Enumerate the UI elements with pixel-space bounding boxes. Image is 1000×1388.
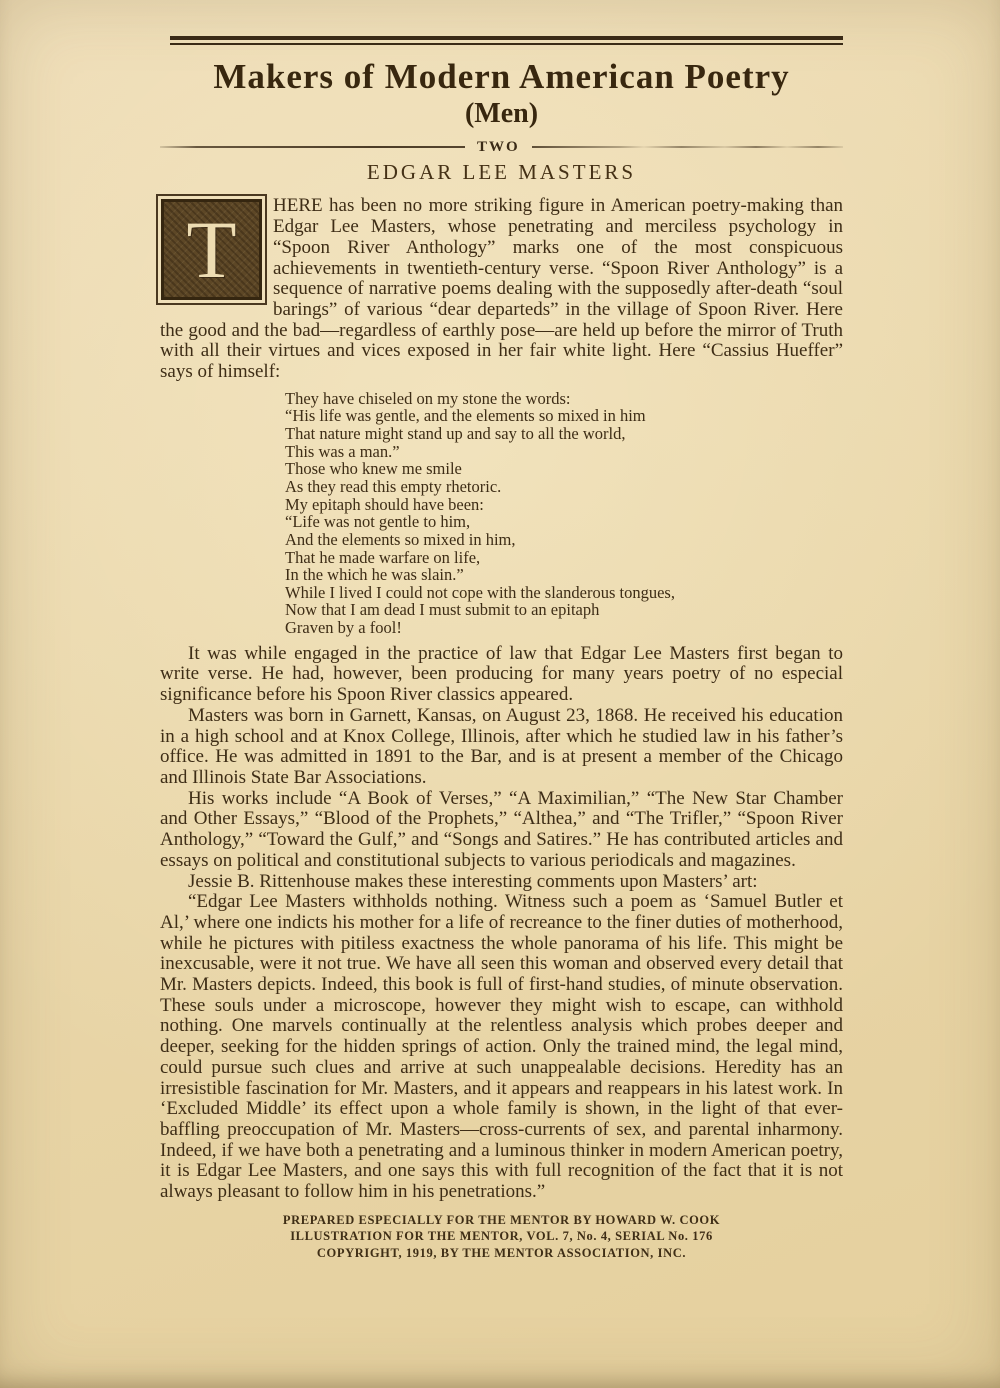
rule-thick (170, 36, 843, 40)
poem-quote-line: Now that I am dead I must submit to an e… (285, 601, 843, 619)
poem-quote-line: As they read this empty rhetoric. (285, 478, 843, 496)
article-body: T HERE has been no more striking figure … (160, 196, 843, 1202)
poem-quote-line: In the which he was slain.” (285, 566, 843, 584)
poem-quote-line: Those who knew me smile (285, 460, 843, 478)
divider-line-left (160, 146, 465, 148)
page-footer: PREPARED ESPECIALLY FOR THE MENTOR BY HO… (160, 1212, 843, 1262)
poem-quote-line: That nature might stand up and say to al… (285, 425, 843, 443)
poem-quote-line: While I lived I could not cope with the … (285, 584, 843, 602)
drop-cap-letter: T (186, 209, 236, 291)
opening-text: HERE has been no more striking figure in… (160, 195, 843, 382)
opening-paragraph: T HERE has been no more striking figure … (160, 196, 843, 382)
top-double-rule (170, 36, 843, 45)
part-divider: TWO (160, 138, 843, 156)
text-column: Makers of Modern American Poetry (Men) T… (160, 0, 843, 1261)
paragraph: Jessie B. Rittenhouse makes these intere… (160, 872, 843, 893)
poem-quote-line: That he made warfare on life, (285, 549, 843, 567)
paragraph: “Edgar Lee Masters withholds nothing. Wi… (160, 892, 843, 1203)
part-label: TWO (477, 139, 520, 156)
poem-quote-line: This was a man.” (285, 443, 843, 461)
page-footer-line: COPYRIGHT, 1919, BY THE MENTOR ASSOCIATI… (160, 1245, 843, 1262)
poem-quote-line: They have chiseled on my stone the words… (285, 390, 843, 408)
page-subtitle: (Men) (160, 98, 843, 130)
poem-quote-line: Graven by a fool! (285, 619, 843, 637)
poem-quote-line: “Life was not gentle to him, (285, 513, 843, 531)
poem-quote: They have chiseled on my stone the words… (285, 390, 843, 637)
paragraph: It was while engaged in the practice of … (160, 644, 843, 706)
rule-thin (170, 43, 843, 45)
poem-quote-line: “His life was gentle, and the elements s… (285, 407, 843, 425)
page-footer-line: PREPARED ESPECIALLY FOR THE MENTOR BY HO… (160, 1212, 843, 1229)
page-footer-line: ILLUSTRATION FOR THE MENTOR, VOL. 7, No.… (160, 1228, 843, 1245)
article-heading: EDGAR LEE MASTERS (160, 161, 843, 184)
poem-quote-line: And the elements so mixed in him, (285, 531, 843, 549)
paragraph: His works include “A Book of Verses,” “A… (160, 789, 843, 872)
page-title: Makers of Modern American Poetry (160, 57, 843, 96)
poem-quote-line: My epitaph should have been: (285, 496, 843, 514)
magazine-page: Makers of Modern American Poetry (Men) T… (0, 0, 1000, 1388)
paragraph: Masters was born in Garnett, Kansas, on … (160, 706, 843, 789)
drop-cap-box: T (161, 199, 262, 300)
divider-line-right (532, 146, 843, 148)
